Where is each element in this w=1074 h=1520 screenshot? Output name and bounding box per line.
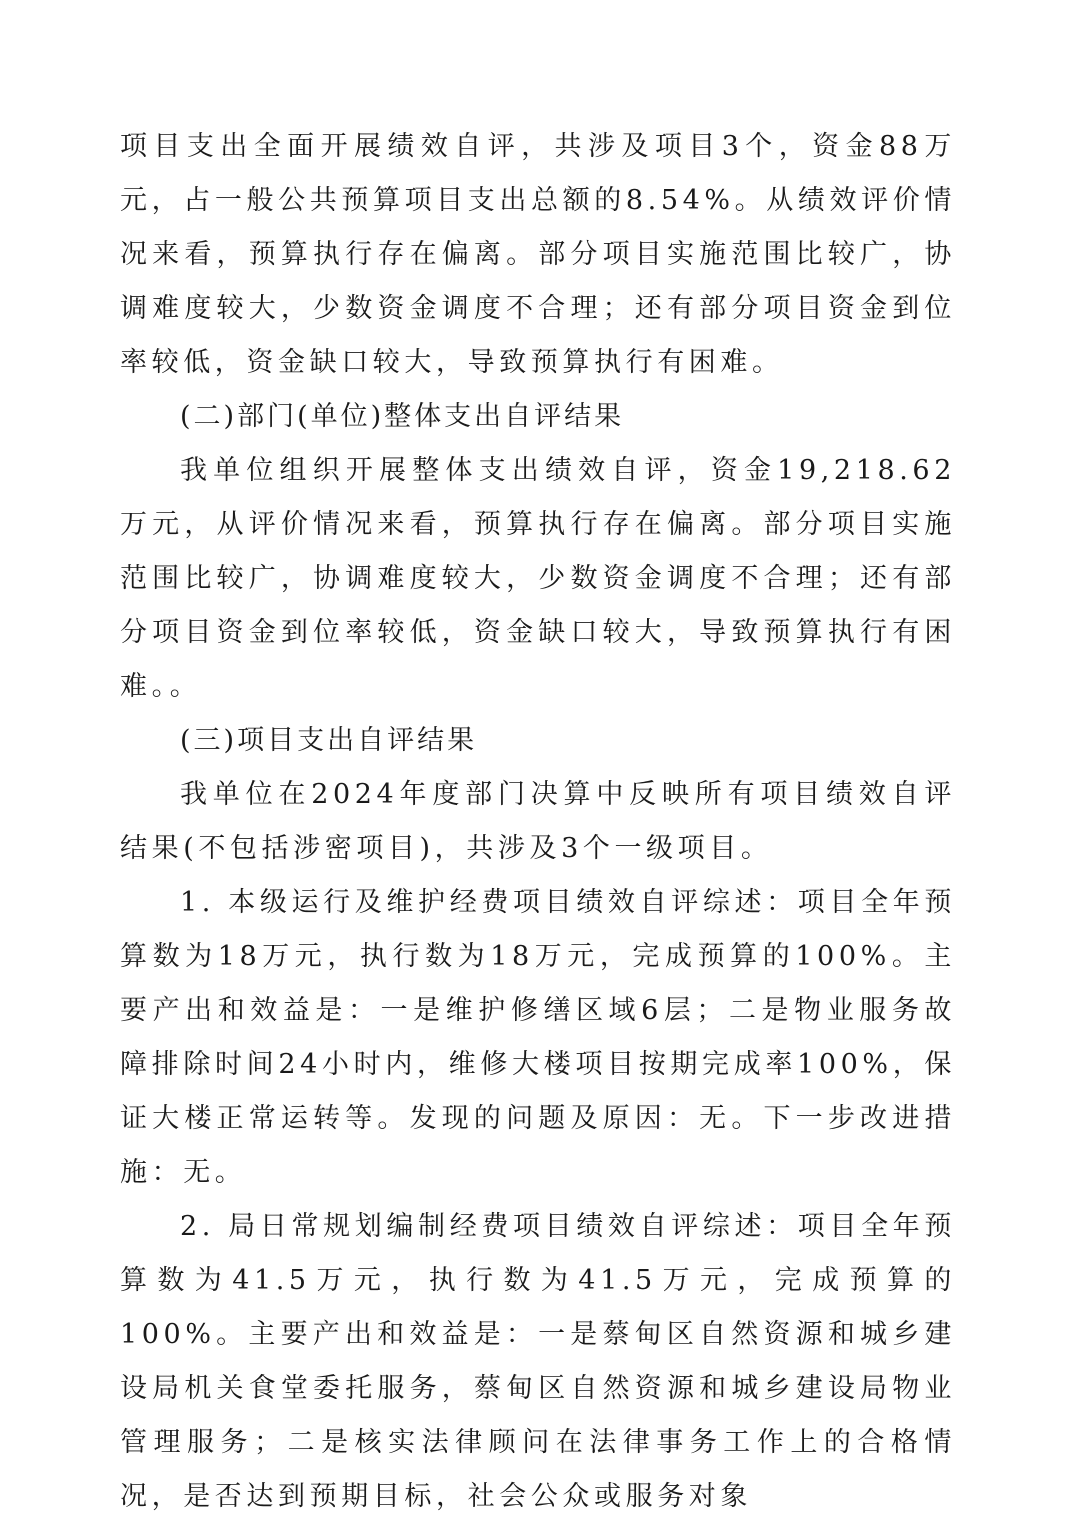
section-heading-project-expenditure: (三)项目支出自评结果 (120, 714, 956, 768)
paragraph-department-overall: 我单位组织开展整体支出绩效自评，资金19,218.62万元，从评价情况来看，预算… (120, 444, 956, 714)
paragraph-project-expenditure-summary: 项目支出全面开展绩效自评，共涉及项目3个，资金88万元，占一般公共预算项目支出总… (120, 120, 956, 390)
paragraph-project-1: 1. 本级运行及维护经费项目绩效自评综述：项目全年预算数为18万元，执行数为18… (120, 876, 956, 1200)
section-heading-department-overall: (二)部门(单位)整体支出自评结果 (120, 390, 956, 444)
paragraph-project-intro: 我单位在2024年度部门决算中反映所有项目绩效自评结果(不包括涉密项目)，共涉及… (120, 768, 956, 876)
document-page: 项目支出全面开展绩效自评，共涉及项目3个，资金88万元，占一般公共预算项目支出总… (120, 120, 956, 1520)
paragraph-project-2: 2. 局日常规划编制经费项目绩效自评综述：项目全年预算数为41.5万元，执行数为… (120, 1200, 956, 1520)
